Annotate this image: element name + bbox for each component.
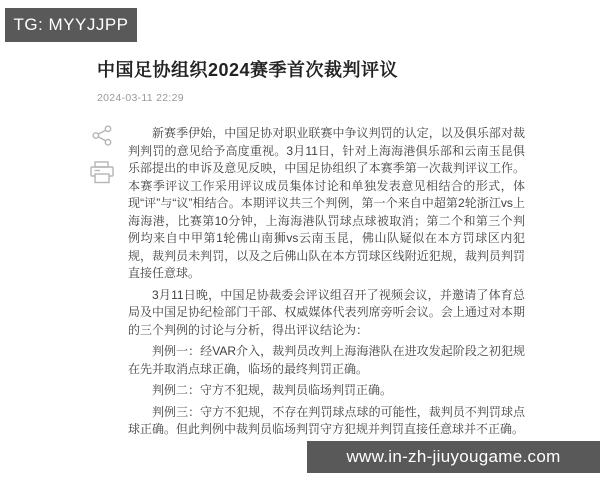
printer-icon[interactable] (89, 160, 115, 184)
verdict-paragraph-3: 判例三：守方不犯规，不存在判罚球点球的可能性，裁判员不判罚球点球正确。但此判例中… (128, 404, 525, 439)
article-toolbar (88, 123, 116, 184)
verdict-paragraph-2: 判例二：守方不犯规，裁判员临场判罚正确。 (128, 382, 525, 400)
page: TG: MYYJJPP 中国足协组织2024赛季首次裁判评议 2024-03-1… (0, 0, 600, 480)
article-date: 2024-03-11 22:29 (97, 92, 537, 104)
article-title: 中国足协组织2024赛季首次裁判评议 (97, 58, 537, 82)
telegram-watermark-badge: TG: MYYJJPP (5, 8, 137, 42)
article: 中国足协组织2024赛季首次裁判评议 2024-03-11 22:29 新赛季伊… (97, 58, 537, 443)
article-paragraph: 新赛季伊始，中国足协对职业联赛中争议判罚的认定，以及俱乐部对裁判判罚的意见给予高… (128, 125, 525, 283)
share-icon[interactable] (89, 123, 115, 147)
article-body: 新赛季伊始，中国足协对职业联赛中争议判罚的认定，以及俱乐部对裁判判罚的意见给予高… (128, 125, 525, 439)
site-watermark-bar: www.in-zh-jiuyougame.com (307, 441, 600, 473)
article-paragraph: 3月11日晚，中国足协裁委会评议组召开了视频会议，并邀请了体育总局及中国足协纪检… (128, 287, 525, 340)
telegram-handle: TG: MYYJJPP (13, 15, 128, 35)
site-url: www.in-zh-jiuyougame.com (346, 447, 560, 467)
verdict-paragraph-1: 判例一：经VAR介入，裁判员改判上海海港队在进攻发起阶段之初犯规在先并取消点球正… (128, 343, 525, 378)
